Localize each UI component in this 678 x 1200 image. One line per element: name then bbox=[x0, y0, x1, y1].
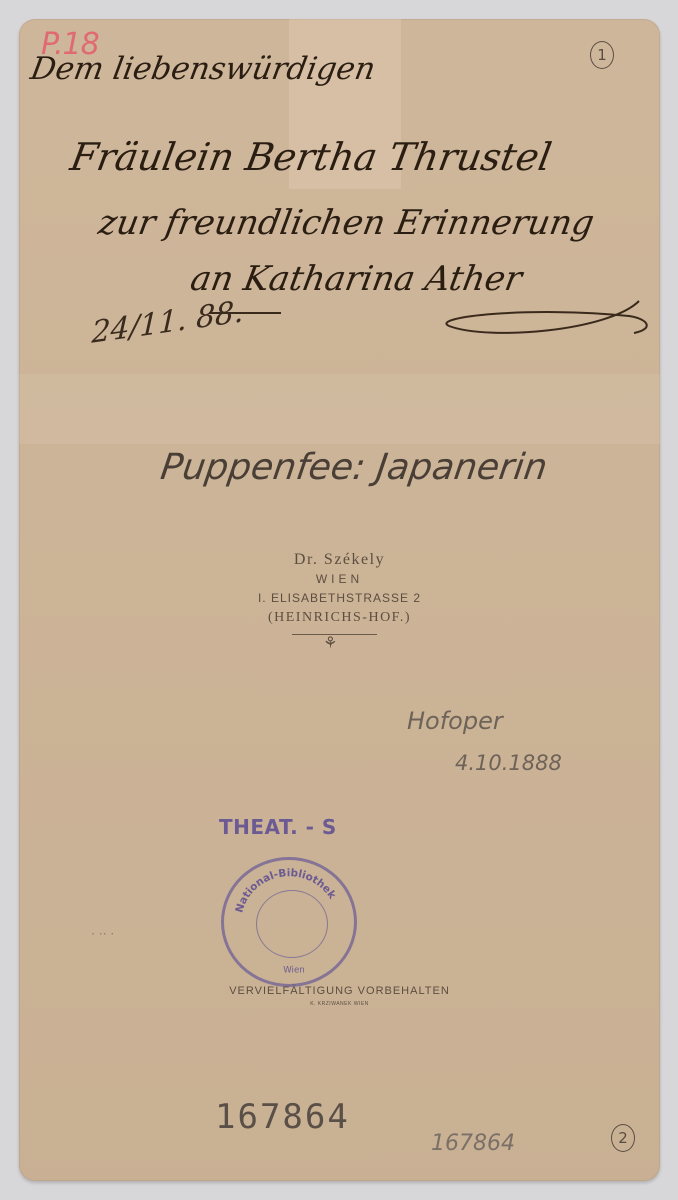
inventory-number-pencil: 167864 bbox=[431, 1131, 515, 1156]
faint-marks: · ·· · bbox=[91, 927, 114, 941]
studio-building: (HEINRICHS-HOF.) bbox=[19, 610, 660, 626]
paper-band bbox=[19, 374, 660, 444]
printer-credit: K. KRZIWANEK WIEN bbox=[19, 1001, 660, 1007]
circled-number-1: 1 bbox=[590, 41, 614, 69]
archive-note-date: 4.10.1888 bbox=[455, 751, 562, 775]
svg-text:National-Bibliothek: National-Bibliothek bbox=[233, 867, 338, 914]
photo-card-back: P.18 1 Dem liebenswürdigen Fräulein Bert… bbox=[19, 19, 660, 1181]
circled-number-2: 2 bbox=[611, 1124, 635, 1152]
library-stamp: National-Bibliothek Wien bbox=[221, 857, 357, 987]
studio-city: WIEN bbox=[19, 572, 660, 586]
rights-notice: VERVIELFÄLTIGUNG VORBEHALTEN bbox=[19, 985, 660, 997]
role-note: Puppenfee: Japanerin bbox=[158, 447, 550, 488]
archive-note-venue: Hofoper bbox=[407, 707, 503, 735]
collection-stamp: THEAT. - S bbox=[219, 815, 337, 839]
dedication-line-3: zur freundlichen Erinnerung bbox=[95, 203, 597, 243]
studio-address: I. ELISABETHSTRASSE 2 bbox=[19, 591, 660, 605]
ornament-icon: ⚘ bbox=[323, 633, 337, 652]
library-stamp-ring-text: National-Bibliothek Wien bbox=[224, 860, 354, 984]
dedication-line-2: Fräulein Bertha Thrustel bbox=[67, 135, 555, 179]
dedication-date: 24/11. 88. bbox=[91, 294, 244, 351]
signature-flourish bbox=[429, 281, 660, 341]
inventory-number-stamped: 167864 bbox=[215, 1097, 350, 1137]
studio-name: Dr. Székely bbox=[19, 551, 660, 569]
image-viewer: P.18 1 Dem liebenswürdigen Fräulein Bert… bbox=[0, 0, 678, 1200]
dedication-line-1: Dem liebenswürdigen bbox=[28, 51, 378, 87]
svg-text:Wien: Wien bbox=[283, 966, 304, 976]
